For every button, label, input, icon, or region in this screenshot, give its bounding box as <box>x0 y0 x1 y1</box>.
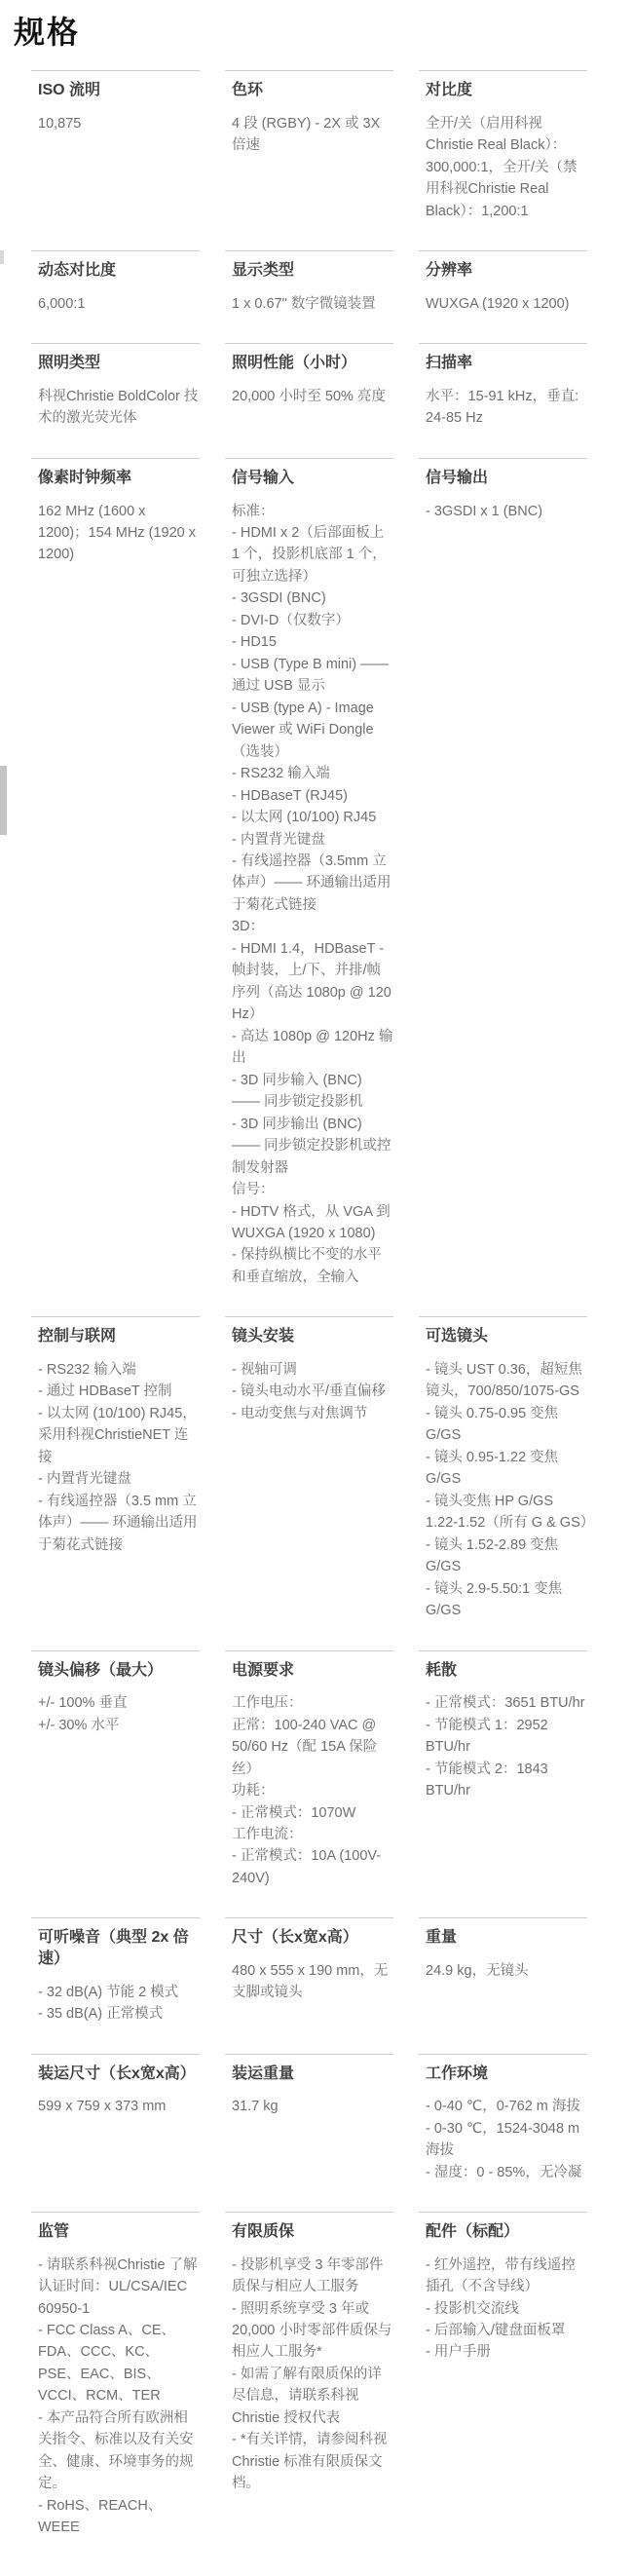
spec-line: 4 段 (RGBY) - 2X 或 3X 倍速 <box>232 113 393 157</box>
spec-section-body: 162 MHz (1600 x 1200)；154 MHz (1920 x 12… <box>38 501 200 566</box>
spec-section-body: 599 x 759 x 373 mm <box>38 2096 200 2117</box>
spec-section-body: 1 x 0.67" 数字微镜装置 <box>232 293 393 315</box>
spec-section-title: 配件（标配） <box>426 2221 587 2243</box>
spec-line: WUXGA (1920 x 1200) <box>426 293 587 315</box>
spec-line: - 用户手册 <box>426 2341 587 2363</box>
spec-section-title: 照明性能（小时） <box>232 353 393 374</box>
spec-line: 3D： <box>232 916 393 937</box>
spec-section-body: 10,875 <box>38 113 200 134</box>
spec-section-title: 控制与联网 <box>38 1326 200 1347</box>
spec-line: - DVI-D（仅数字） <box>232 610 393 631</box>
spec-line: - 3D 同步输出 (BNC) —— 同步锁定投影机或控制发射器 <box>232 1114 393 1179</box>
left-edge-artifact-large <box>0 766 7 835</box>
spec-section-5: 分辨率WUXGA (1920 x 1200) <box>419 250 587 317</box>
spec-section-title: 耗散 <box>426 1660 587 1682</box>
spec-section-body: +/- 100% 垂直+/- 30% 水平 <box>38 1692 200 1736</box>
spec-section-title: 装运重量 <box>232 2064 393 2085</box>
spec-section-25: 有限质保- 投影机享受 3 年零部件质保与相应人工服务- 照明系统享受 3 年或… <box>225 2212 393 2541</box>
spec-section-body: - 视轴可调- 镜头电动水平/垂直偏移- 电动变焦与对焦调节 <box>232 1359 393 1424</box>
spec-line: - 镜头 0.95-1.22 变焦 G/GS <box>426 1447 587 1491</box>
spec-page: 规格 ISO 流明10,875色环4 段 (RGBY) - 2X 或 3X 倍速… <box>0 0 633 2576</box>
spec-section-0: ISO 流明10,875 <box>31 70 200 224</box>
spec-line: - HD15 <box>232 631 393 653</box>
spec-section-title: 分辨率 <box>426 260 587 282</box>
spec-section-title: 扫描率 <box>426 353 587 374</box>
spec-section-title: 有限质保 <box>232 2221 393 2243</box>
spec-line: - 请联系科视Christie 了解认证时间：UL/CSA/IEC 60950-… <box>38 2254 200 2320</box>
spec-section-body: - 3GSDI x 1 (BNC) <box>426 501 587 522</box>
spec-section-13: 镜头安装- 视轴可调- 镜头电动水平/垂直偏移- 电动变焦与对焦调节 <box>225 1316 393 1623</box>
spec-line: - 3D 同步输入 (BNC) —— 同步锁定投影机 <box>232 1070 393 1114</box>
spec-section-title: 信号输出 <box>426 468 587 489</box>
spec-section-19: 尺寸（长x宽x高）480 x 555 x 190 mm，无支脚或镜头 <box>225 1917 393 2027</box>
spec-line: - 节能模式 1：2952 BTU/hr <box>426 1715 587 1759</box>
spec-line: - 投影机享受 3 年零部件质保与相应人工服务 <box>232 2254 393 2298</box>
spec-section-23: 工作环境- 0-40 ℃，0-762 m 海拔- 0-30 ℃，1524-304… <box>419 2054 587 2185</box>
spec-line: - 投影机交流线 <box>426 2298 587 2320</box>
spec-section-6: 照明类型科视Christie BoldColor 技术的激光荧光体 <box>31 343 200 432</box>
spec-section-8: 扫描率水平：15-91 kHz，垂直: 24-85 Hz <box>419 343 587 432</box>
spec-line: - 镜头 1.52-2.89 变焦 G/GS <box>426 1534 587 1578</box>
spec-section-title: 信号输入 <box>232 468 393 489</box>
spec-line: - 通过 HDBaseT 控制 <box>38 1381 200 1402</box>
spec-line: - HDMI x 2（后部面板上 1 个，投影机底部 1 个，可独立选择） <box>232 522 393 587</box>
spec-section-12: 控制与联网- RS232 输入端- 通过 HDBaseT 控制- 以太网 (10… <box>31 1316 200 1623</box>
spec-line: 水平：15-91 kHz，垂直: 24-85 Hz <box>426 386 587 430</box>
spec-section-title: 色环 <box>232 80 393 101</box>
spec-section-title: 对比度 <box>426 80 587 101</box>
spec-section-body: - 投影机享受 3 年零部件质保与相应人工服务- 照明系统享受 3 年或 20,… <box>232 2254 393 2495</box>
spec-line: 10,875 <box>38 113 200 134</box>
spec-line: - 红外遥控，带有线遥控插孔（不含导线） <box>426 2254 587 2298</box>
spec-line: - 以太网 (10/100) RJ45 <box>232 807 393 828</box>
spec-section-title: 电源要求 <box>232 1660 393 1682</box>
spec-section-body: - 正常模式：3651 BTU/hr- 节能模式 1：2952 BTU/hr- … <box>426 1692 587 1801</box>
spec-line: - 镜头 UST 0.36，超短焦镜头，700/850/1075-GS <box>426 1359 587 1403</box>
spec-section-body: - 请联系科视Christie 了解认证时间：UL/CSA/IEC 60950-… <box>38 2254 200 2539</box>
spec-section-24: 监管- 请联系科视Christie 了解认证时间：UL/CSA/IEC 6095… <box>31 2212 200 2541</box>
spec-line: - 保持纵横比不变的水平和垂直缩放，全输入 <box>232 1244 393 1288</box>
spec-section-title: 照明类型 <box>38 353 200 374</box>
spec-section-body: - 红外遥控，带有线遥控插孔（不含导线）- 投影机交流线- 后部输入/键盘面板罩… <box>426 2254 587 2364</box>
spec-line: - 镜头 2.9-5.50:1 变焦 G/GS <box>426 1578 587 1622</box>
left-edge-artifact-small <box>0 250 4 264</box>
spec-line: - 内置背光键盘 <box>38 1468 200 1490</box>
spec-section-body: 科视Christie BoldColor 技术的激光荧光体 <box>38 386 200 430</box>
spec-line: 20,000 小时至 50% 亮度 <box>232 386 393 407</box>
spec-line: - 32 dB(A) 节能 2 模式 <box>38 1982 200 2003</box>
spec-section-17: 耗散- 正常模式：3651 BTU/hr- 节能模式 1：2952 BTU/hr… <box>419 1650 587 1892</box>
spec-section-9: 像素时钟频率162 MHz (1600 x 1200)；154 MHz (192… <box>31 458 200 1290</box>
spec-section-14: 可选镜头- 镜头 UST 0.36，超短焦镜头，700/850/1075-GS-… <box>419 1316 587 1623</box>
spec-line: 工作电流： <box>232 1824 393 1845</box>
spec-section-title: 尺寸（长x宽x高） <box>232 1927 393 1949</box>
page-title: 规格 <box>14 14 633 51</box>
spec-line: - HDTV 格式，从 VGA 到 WUXGA (1920 x 1080) <box>232 1201 393 1245</box>
spec-section-22: 装运重量31.7 kg <box>225 2054 393 2185</box>
spec-line: - HDMI 1.4，HDBaseT - 帧封装，上/下、并排/帧序列（高达 1… <box>232 938 393 1026</box>
spec-line: 6,000:1 <box>38 293 200 315</box>
spec-section-body: 31.7 kg <box>232 2096 393 2117</box>
spec-line: - FCC Class A、CE、FDA、CCC、KC、PSE、EAC、BIS、… <box>38 2320 200 2407</box>
spec-line: - RoHS、REACH、WEEE <box>38 2495 200 2539</box>
spec-section-body: 标准：- HDMI x 2（后部面板上 1 个，投影机底部 1 个，可独立选择）… <box>232 501 393 1289</box>
spec-line: - USB (type A) - Image Viewer 或 WiFi Don… <box>232 698 393 763</box>
spec-section-15: 镜头偏移（最大）+/- 100% 垂直+/- 30% 水平 <box>31 1650 200 1892</box>
spec-section-body: WUXGA (1920 x 1200) <box>426 293 587 315</box>
spec-line: - 照明系统享受 3 年或 20,000 小时零部件质保与相应人工服务* <box>232 2298 393 2364</box>
spec-line: - RS232 输入端 <box>38 1359 200 1381</box>
spec-line: - *有关详情，请参阅科视 Christie 标准有限质保文档。 <box>232 2429 393 2494</box>
spec-section-3: 动态对比度6,000:1 <box>31 250 200 317</box>
spec-line: - 视轴可调 <box>232 1359 393 1381</box>
spec-line: - 如需了解有限质保的详尽信息，请联系科视Christie 授权代表 <box>232 2364 393 2429</box>
spec-section-title: ISO 流明 <box>38 80 200 101</box>
spec-line: - 镜头 0.75-0.95 变焦 G/GS <box>426 1403 587 1447</box>
spec-section-21: 装运尺寸（长x宽x高）599 x 759 x 373 mm <box>31 2054 200 2185</box>
spec-line: 162 MHz (1600 x 1200)；154 MHz (1920 x 12… <box>38 501 200 566</box>
spec-line: - 湿度：0 - 85%，无冷凝 <box>426 2162 587 2183</box>
spec-section-body: 480 x 555 x 190 mm，无支脚或镜头 <box>232 1960 393 2004</box>
spec-line: - 节能模式 2：1843 BTU/hr <box>426 1759 587 1802</box>
spec-line: - 镜头电动水平/垂直偏移 <box>232 1381 393 1402</box>
spec-section-body: 水平：15-91 kHz，垂直: 24-85 Hz <box>426 386 587 430</box>
spec-line: +/- 30% 水平 <box>38 1715 200 1736</box>
spec-section-body: - 0-40 ℃，0-762 m 海拔- 0-30 ℃，1524-3048 m … <box>426 2096 587 2183</box>
spec-section-title: 重量 <box>426 1927 587 1949</box>
spec-line: - 有线遥控器（3.5 mm 立体声）—— 环通输出适用于菊花式链接 <box>38 1491 200 1556</box>
spec-section-title: 镜头偏移（最大） <box>38 1660 200 1682</box>
spec-line: 正常：100-240 VAC @ 50/60 Hz（配 15A 保险丝） <box>232 1715 393 1780</box>
spec-line: 599 x 759 x 373 mm <box>38 2096 200 2117</box>
spec-line: - 35 dB(A) 正常模式 <box>38 2003 200 2025</box>
spec-line: 功耗： <box>232 1780 393 1801</box>
spec-line: - 正常模式：10A (100V-240V) <box>232 1845 393 1889</box>
spec-line: - 正常模式：3651 BTU/hr <box>426 1692 587 1714</box>
spec-section-body: 6,000:1 <box>38 293 200 315</box>
spec-line: - RS232 输入端 <box>232 763 393 784</box>
spec-line: 24.9 kg，无镜头 <box>426 1960 587 1982</box>
spec-line: 全开/关（启用科视Christie Real Black）：300,000:1，… <box>426 113 587 222</box>
spec-line: +/- 100% 垂直 <box>38 1692 200 1714</box>
spec-section-20: 重量24.9 kg，无镜头 <box>419 1917 587 2027</box>
spec-section-title: 工作环境 <box>426 2064 587 2085</box>
spec-line: - 有线遥控器（3.5mm 立体声）—— 环通输出适用于菊花式链接 <box>232 851 393 916</box>
spec-section-11: 信号输出- 3GSDI x 1 (BNC) <box>419 458 587 1290</box>
spec-section-body: - 镜头 UST 0.36，超短焦镜头，700/850/1075-GS- 镜头 … <box>426 1359 587 1622</box>
spec-section-4: 显示类型1 x 0.67" 数字微镜装置 <box>225 250 393 317</box>
spec-section-body: - RS232 输入端- 通过 HDBaseT 控制- 以太网 (10/100)… <box>38 1359 200 1556</box>
spec-line: - 镜头变焦 HP G/GS 1.22-1.52（所有 G & GS） <box>426 1491 587 1534</box>
spec-section-18: 可听噪音（典型 2x 倍速）- 32 dB(A) 节能 2 模式- 35 dB(… <box>31 1917 200 2027</box>
spec-section-title: 动态对比度 <box>38 260 200 282</box>
spec-section-1: 色环4 段 (RGBY) - 2X 或 3X 倍速 <box>225 70 393 224</box>
spec-section-title: 镜头安装 <box>232 1326 393 1347</box>
spec-line: 科视Christie BoldColor 技术的激光荧光体 <box>38 386 200 430</box>
spec-section-26: 配件（标配）- 红外遥控，带有线遥控插孔（不含导线）- 投影机交流线- 后部输入… <box>419 2212 587 2541</box>
spec-section-title: 可听噪音（典型 2x 倍速） <box>38 1927 200 1969</box>
spec-line: 1 x 0.67" 数字微镜装置 <box>232 293 393 315</box>
spec-line: - 电动变焦与对焦调节 <box>232 1403 393 1424</box>
spec-line: - 3GSDI x 1 (BNC) <box>426 501 587 522</box>
spec-section-body: - 32 dB(A) 节能 2 模式- 35 dB(A) 正常模式 <box>38 1982 200 2026</box>
spec-section-body: 24.9 kg，无镜头 <box>426 1960 587 1982</box>
spec-section-body: 20,000 小时至 50% 亮度 <box>232 386 393 407</box>
specs-grid: ISO 流明10,875色环4 段 (RGBY) - 2X 或 3X 倍速对比度… <box>31 70 633 2540</box>
spec-section-title: 显示类型 <box>232 260 393 282</box>
spec-line: - 0-40 ℃，0-762 m 海拔 <box>426 2096 587 2117</box>
spec-line: - 高达 1080p @ 120Hz 输出 <box>232 1026 393 1070</box>
spec-line: 31.7 kg <box>232 2096 393 2117</box>
spec-section-title: 装运尺寸（长x宽x高） <box>38 2064 200 2085</box>
spec-section-title: 可选镜头 <box>426 1326 587 1347</box>
spec-line: - 内置背光键盘 <box>232 829 393 851</box>
spec-line: 工作电压： <box>232 1692 393 1714</box>
spec-section-2: 对比度全开/关（启用科视Christie Real Black）：300,000… <box>419 70 587 224</box>
spec-section-title: 像素时钟频率 <box>38 468 200 489</box>
spec-section-title: 监管 <box>38 2221 200 2243</box>
spec-line: 480 x 555 x 190 mm，无支脚或镜头 <box>232 1960 393 2004</box>
spec-line: - HDBaseT (RJ45) <box>232 785 393 807</box>
spec-section-7: 照明性能（小时）20,000 小时至 50% 亮度 <box>225 343 393 432</box>
spec-line: - 后部输入/键盘面板罩 <box>426 2320 587 2341</box>
spec-section-body: 4 段 (RGBY) - 2X 或 3X 倍速 <box>232 113 393 157</box>
spec-line: 标准： <box>232 501 393 522</box>
spec-section-10: 信号输入标准：- HDMI x 2（后部面板上 1 个，投影机底部 1 个，可独… <box>225 458 393 1290</box>
spec-line: - 以太网 (10/100) RJ45，采用科视ChristieNET 连接 <box>38 1403 200 1468</box>
spec-line: - USB (Type B mini) —— 通过 USB 显示 <box>232 654 393 698</box>
spec-line: - 3GSDI (BNC) <box>232 587 393 609</box>
spec-line: - 0-30 ℃，1524-3048 m 海拔 <box>426 2118 587 2162</box>
spec-section-16: 电源要求工作电压：正常：100-240 VAC @ 50/60 Hz（配 15A… <box>225 1650 393 1892</box>
spec-section-body: 工作电压：正常：100-240 VAC @ 50/60 Hz（配 15A 保险丝… <box>232 1692 393 1889</box>
spec-line: 信号： <box>232 1179 393 1200</box>
spec-line: - 正常模式：1070W <box>232 1802 393 1824</box>
spec-line: - 本产品符合所有欧洲相关指令、标准以及有关安全、健康、环境事务的规定。 <box>38 2407 200 2495</box>
spec-section-body: 全开/关（启用科视Christie Real Black）：300,000:1，… <box>426 113 587 222</box>
